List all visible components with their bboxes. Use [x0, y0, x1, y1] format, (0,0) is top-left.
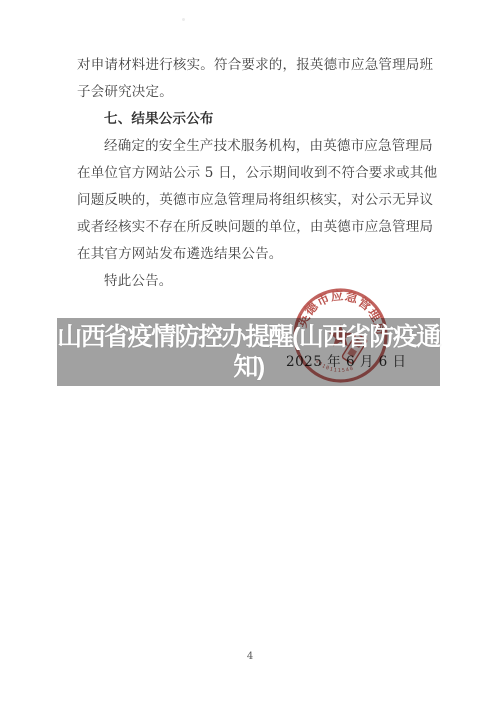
- body-line: 或者经核实不存在所反映问题的单位，由英德市应急管理局: [77, 214, 425, 241]
- body-line: 子会研究决定。: [77, 79, 425, 106]
- body-line: 问题反映的，英德市应急管理局将组织核实，对公示无异议: [77, 187, 425, 214]
- overlay-title-line2: 知): [57, 352, 440, 382]
- section-heading: 七、结果公示公布: [77, 106, 425, 133]
- overlay-title: 山西省疫情防控办提醒(山西省防疫通 知): [57, 322, 440, 386]
- document-body: 对申请材料进行核实。符合要求的，报英德市应急管理局班 子会研究决定。 七、结果公…: [77, 52, 425, 295]
- body-line: 在其官方网站发布遴选结果公告。: [77, 241, 425, 268]
- overlay-title-line1: 山西省疫情防控办提醒(山西省防疫通: [57, 322, 440, 352]
- body-line: 经确定的安全生产技术服务机构，由英德市应急管理局: [77, 133, 425, 160]
- body-line: 在单位官方网站公示 5 日，公示期间收到不符合要求或其他: [77, 160, 425, 187]
- page-number: 4: [0, 651, 500, 662]
- document-page: 对申请材料进行核实。符合要求的，报英德市应急管理局班 子会研究决定。 七、结果公…: [0, 0, 500, 706]
- scan-speck: [182, 18, 185, 21]
- body-line: 对申请材料进行核实。符合要求的，报英德市应急管理局班: [77, 52, 425, 79]
